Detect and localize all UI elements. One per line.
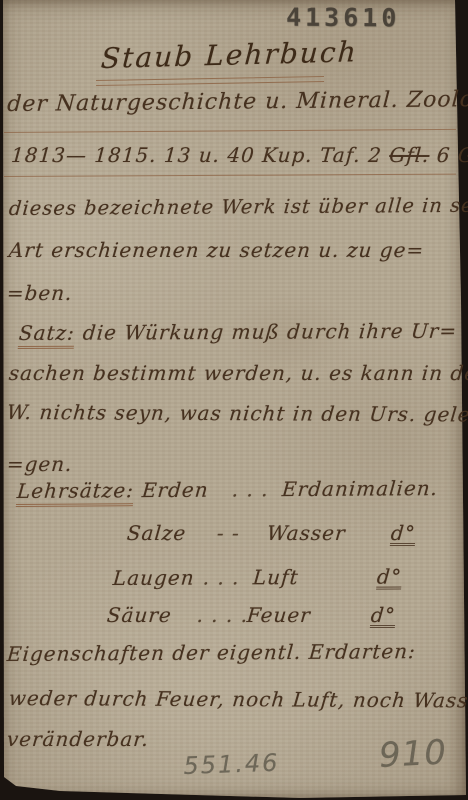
accession-stamp: 413610 [286,3,401,33]
paragraph1-line1: dieses bezeichnete Werk ist über alle in… [8,193,468,220]
shelfmark-pencil: 551.46 [183,749,280,780]
lehrsaetze-effect: Luft [252,565,364,590]
subtitle-line: der Naturgeschichte u. Mineral. Zoolog. [7,87,468,117]
paragraph1-line3: =ben. [6,281,74,305]
satz-line1-text: die Würkung muß durch ihre Ur= [82,319,458,345]
edition-struck-price: Gfl. [389,143,431,167]
lehrsaetze-dots: . . . [231,477,283,501]
lehrsaetze-effect: Wasser [266,521,378,545]
lehrsaetze-effect: Feuer [246,603,358,627]
satz-line2: sachen bestimmt werden, u. es kann in de… [8,361,468,385]
ditto-mark: d° [390,523,417,546]
satz-line3: W. nichts seyn, was nicht in den Urs. ge… [6,400,468,427]
paragraph1-line2: Art erschienenen zu setzen u. zu ge= [8,238,425,262]
lehrsaetze-dots: . . . [202,565,254,589]
lehrsaetze-dots: - - [216,521,268,545]
closing-line3: veränderbar. [6,727,150,751]
edition-line: 1813— 1815. 13 u. 40 Kup. Taf. 2 Gfl. 6 … [10,143,468,167]
title-line: Staub Lehrbuch [100,35,359,75]
ditto-mark: d° [376,566,403,589]
satz-label: Satz: [18,321,76,349]
satz-line1: Satz:die Würkung muß durch ihre Ur= [18,319,458,345]
closing-line2: weder durch Feuer, noch Luft, noch Wasse… [8,686,468,713]
satz-line4: =gen. [6,452,74,476]
edition-prefix: 1813— 1815. 13 u. 40 Kup. Taf. 2 [10,143,383,167]
lehrsaetze-row-3: Laugen. . .Luftd° [112,564,403,591]
lehrsaetze-cause: Laugen [112,566,204,590]
lehrsaetze-label: Lehrsätze: [16,478,135,507]
lehrsaetze-dots: . . . . [196,603,248,627]
lehrsaetze-row-1: Lehrsätze:Erden. . .Erdanimalien. [16,476,439,503]
ditto-mark: d° [370,605,397,628]
closing-line1: Eigenschaften der eigentl. Erdarten: [6,639,417,666]
page-number-pencil: 910 [378,732,448,775]
lehrsaetze-cause: Erden [141,477,233,502]
lehrsaetze-row-2: Salze- -Wasserd° [126,521,417,546]
edition-suffix: 6 Gfl. [436,143,468,167]
lehrsaetze-cause: Salze [126,521,218,545]
lehrsaetze-effect: Erdanimalien. [281,476,439,501]
lehrsaetze-cause: Säure [106,603,198,627]
lehrsaetze-row-4: Säure. . . .Feuerd° [106,603,397,628]
